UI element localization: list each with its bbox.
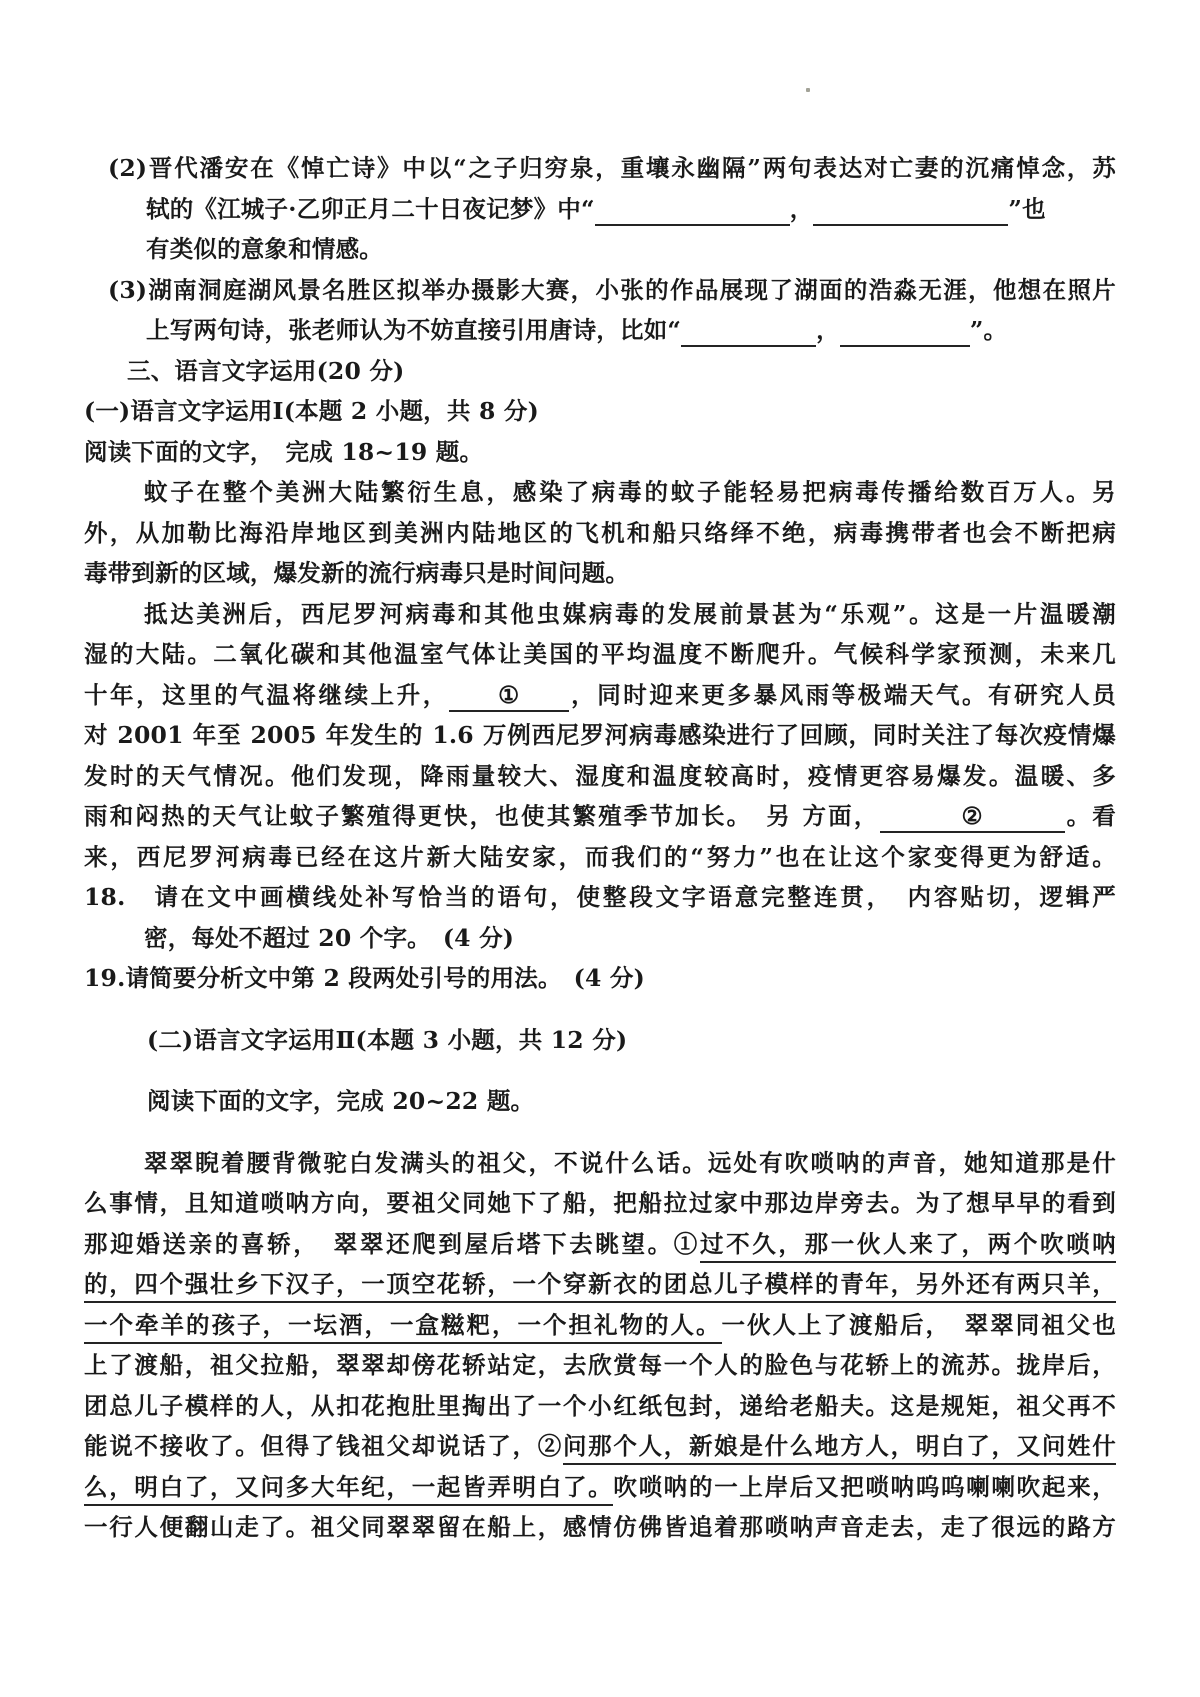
text-run: 轼的《江城子·乙卯正月二十日夜记梦》中“ [146,195,595,223]
answer-blank [813,194,1008,226]
text-run: 团总儿子模样的人，从扣花抱肚里掏出了一个小红纸包封，递给老船夫。这是规矩，祖父再… [84,1392,1116,1420]
part-one-language-use: (一)语言文字运用Ⅰ(本题 2 小题，共 8 分)阅读下面的文字， 完成 18~… [84,391,1116,472]
text-run: 翠翠睨着腰背微驼白发满头的祖父，不说什么话。远处有吹唢呐的声音，她知道那是什 [144,1149,1116,1177]
text-run: ，同时迎来更多暴风雨等极端天气。有研究人员 [569,681,1116,709]
text-run: ”。 [970,316,1007,344]
para2-line3: 十年，这里的气温将继续上升，①，同时迎来更多暴风雨等极端天气。有研究人员 [84,675,1116,716]
text-run: ， [790,195,814,223]
text-run: 蚊子在整个美洲大陆繁衍生息，感染了病毒的蚊子能轻易把病毒传播给数百万人。另 [144,478,1116,506]
item2-line2: 轼的《江城子·乙卯正月二十日夜记梦》中“ ， ”也 [146,189,1116,230]
exam-page: (2)晋代潘安在《悼亡诗》中以“之子归穷泉，重壤永幽隔”两句表达对亡妻的沉痛悼念… [0,0,1200,1697]
question-19: 19.请简要分析文中第 2 段两处引号的用法。 (4 分) [84,958,1116,999]
item3-line1: (3)湖南洞庭湖风景名胜区拟举办摄影大赛，小张的作品展现了湖面的浩淼无涯，他想在… [108,270,1116,311]
underlined-sentence: 一个牵羊的孩子，一坛酒，一盒糍粑，一个担礼物的人。 [84,1311,722,1344]
mingju-moxie-items: (2)晋代潘安在《悼亡诗》中以“之子归穷泉，重壤永幽隔”两句表达对亡妻的沉痛悼念… [84,148,1116,351]
para3-line10: 一行人便翻山走了。祖父同翠翠留在船上，感情仿佛皆追着那唢呐声音走去，走了很远的路… [84,1507,1116,1548]
text-run: 能说不接收了。但得了钱祖父却说话了，② [84,1432,563,1460]
para3-line2: 么事情，且知道唢呐方向，要祖父同她下了船，把船拉过家中那边岸旁去。为了想早早的看… [84,1183,1116,1224]
underlined-sentence: 过不久，那一伙人来了，两个吹唢呐 [700,1230,1116,1263]
text-run: 19.请简要分析文中第 2 段两处引号的用法。 (4 分) [84,964,645,992]
heading-sanyu: 三、语言文字运用(20 分) [127,351,1116,392]
text-run: 吹唢呐的一上岸后又把唢呐呜呜喇喇吹起来， [613,1473,1116,1501]
text-run: ， [816,316,840,344]
para2-line5: 发时的天气情况。他们发现，降雨量较大、湿度和温度较高时，疫情更容易爆发。温暖、多 [84,756,1116,797]
text-run: 阅读下面的文字，完成 20~22 题。 [147,1087,534,1115]
text-run: 那迎婚送亲的喜轿， 翠翠还爬到屋后塔下去眺望。① [84,1230,700,1258]
para3-line8: 能说不接收了。但得了钱祖父却说话了，②问那个人，新娘是什么地方人，明白了，又问姓… [84,1426,1116,1467]
part1-heading: (一)语言文字运用Ⅰ(本题 2 小题，共 8 分) [84,391,1116,432]
para2-line4: 对 2001 年至 2005 年发生的 1.6 万例西尼罗河病毒感染进行了回顾，… [84,715,1116,756]
text-run: ”也 [1008,195,1045,223]
q19-line1: 19.请简要分析文中第 2 段两处引号的用法。 (4 分) [84,958,1116,999]
para3-line9: 么，明白了，又问多大年纪，一起皆弄明白了。吹唢呐的一上岸后又把唢呐呜呜喇喇吹起来… [84,1467,1116,1508]
part-two-language-use: (二)语言文字运用Ⅱ(本题 3 小题，共 12 分)阅读下面的文字，完成 20~… [84,1020,1116,1122]
text-run: (2)晋代潘安在《悼亡诗》中以“之子归穷泉，重壤永幽隔”两句表达对亡妻的沉痛悼念… [108,154,1116,182]
text-run: 。看 [1065,802,1116,830]
text-run: 密，每处不超过 20 个字。 (4 分) [144,924,514,952]
scan-artifact-dot [806,88,810,92]
part2-heading: (二)语言文字运用Ⅱ(本题 3 小题，共 12 分) [147,1020,1116,1061]
underlined-sentence: 的，四个强壮乡下汉子，一顶空花轿，一个穿新衣的团总儿子模样的青年，另外还有两只羊… [84,1270,1116,1303]
text-run: (一)语言文字运用Ⅰ(本题 2 小题，共 8 分) [84,397,539,425]
text-run: 湿的大陆。二氧化碳和其他温室气体让美国的平均温度不断爬升。气候科学家预测，未来几 [84,640,1116,668]
answer-blank [595,194,790,226]
para3-line1: 翠翠睨着腰背微驼白发满头的祖父，不说什么话。远处有吹唢呐的声音，她知道那是什 [144,1143,1116,1184]
para2-line6: 雨和闷热的天气让蚊子繁殖得更快，也使其繁殖季节加长。 另 方面，②。看 [84,796,1116,837]
biancheng-passage: 翠翠睨着腰背微驼白发满头的祖父，不说什么话。远处有吹唢呐的声音，她知道那是什么事… [84,1143,1116,1548]
text-run: 十年，这里的气温将继续上升， [84,681,449,709]
para2-line1: 抵达美洲后，西尼罗河病毒和其他虫媒病毒的发展前景甚为“乐观”。这是一片温暖潮 [144,594,1116,635]
section-three-heading: 三、语言文字运用(20 分) [84,351,1116,392]
item2-line1: (2)晋代潘安在《悼亡诗》中以“之子归穷泉，重壤永幽隔”两句表达对亡妻的沉痛悼念… [108,148,1116,189]
item2-line3: 有类似的意象和情感。 [146,229,1116,270]
q18-line1: 18. 请在文中画横线处补写恰当的语句，使整段文字语意完整连贯， 内容贴切，逻辑… [84,877,1116,918]
para1-line2: 外，从加勒比海沿岸地区到美洲内陆地区的飞机和船只络绎不绝，病毒携带者也会不断把病 [84,513,1116,554]
text-run: 对 2001 年至 2005 年发生的 1.6 万例西尼罗河病毒感染进行了回顾，… [84,721,1116,749]
question-18: 18. 请在文中画横线处补写恰当的语句，使整段文字语意完整连贯， 内容贴切，逻辑… [84,877,1116,958]
text-run: 外，从加勒比海沿岸地区到美洲内陆地区的飞机和船只络绎不绝，病毒携带者也会不断把病 [84,519,1116,547]
underlined-sentence: 问那个人，新娘是什么地方人，明白了，又问姓什 [563,1432,1116,1465]
document-lines: (2)晋代潘安在《悼亡诗》中以“之子归穷泉，重壤永幽隔”两句表达对亡妻的沉痛悼念… [84,148,1116,1548]
answer-blank [840,315,970,347]
para3-line6: 上了渡船，祖父拉船，翠翠却傍花轿站定，去欣赏每一个人的脸色与花轿上的流苏。拢岸后… [84,1345,1116,1386]
para3-line3: 那迎婚送亲的喜轿， 翠翠还爬到屋后塔下去眺望。①过不久，那一伙人来了，两个吹唢呐 [84,1224,1116,1265]
text-run: 阅读下面的文字， 完成 18~19 题。 [84,438,483,466]
para3-line7: 团总儿子模样的人，从扣花抱肚里掏出了一个小红纸包封，递给老船夫。这是规矩，祖父再… [84,1386,1116,1427]
para3-line4: 的，四个强壮乡下汉子，一顶空花轿，一个穿新衣的团总儿子模样的青年，另外还有两只羊… [84,1264,1116,1305]
part1-intro: 阅读下面的文字， 完成 18~19 题。 [84,432,1116,473]
para2-line7: 来，西尼罗河病毒已经在这片新大陆安家，而我们的“努力”也在让这个家变得更为舒适。 [84,837,1116,878]
part2-intro: 阅读下面的文字，完成 20~22 题。 [147,1081,1116,1122]
text-run: 毒带到新的区域，爆发新的流行病毒只是时间问题。 [84,559,629,587]
text-run: (3)湖南洞庭湖风景名胜区拟举办摄影大赛，小张的作品展现了湖面的浩淼无涯，他想在… [108,276,1116,304]
mosquito-passage: 蚊子在整个美洲大陆繁衍生息，感染了病毒的蚊子能轻易把病毒传播给数百万人。另外，从… [84,472,1116,877]
text-run: 抵达美洲后，西尼罗河病毒和其他虫媒病毒的发展前景甚为“乐观”。这是一片温暖潮 [144,600,1116,628]
answer-blank [681,315,816,347]
text-run: 来，西尼罗河病毒已经在这片新大陆安家，而我们的“努力”也在让这个家变得更为舒适。 [84,843,1116,871]
text-run: 三、语言文字运用(20 分) [127,357,404,385]
answer-blank-①: ① [449,680,569,712]
underlined-sentence: 么，明白了，又问多大年纪，一起皆弄明白了。 [84,1473,613,1506]
text-run: 一行人便翻山走了。祖父同翠翠留在船上，感情仿佛皆追着那唢呐声音走去，走了很远的路… [84,1513,1116,1541]
text-run: 上写两句诗，张老师认为不妨直接引用唐诗，比如“ [146,316,681,344]
text-run: 雨和闷热的天气让蚊子繁殖得更快，也使其繁殖季节加长。 另 方面， [84,802,880,830]
para1-line3: 毒带到新的区域，爆发新的流行病毒只是时间问题。 [84,553,1116,594]
text-run: 一伙人上了渡船后， 翠翠同祖父也 [722,1311,1116,1339]
answer-blank-②: ② [880,801,1065,833]
item3-line2: 上写两句诗，张老师认为不妨直接引用唐诗，比如“ ， ”。 [146,310,1116,351]
text-run: 有类似的意象和情感。 [146,235,383,263]
text-run: 发时的天气情况。他们发现，降雨量较大、湿度和温度较高时，疫情更容易爆发。温暖、多 [84,762,1116,790]
para3-line5: 一个牵羊的孩子，一坛酒，一盒糍粑，一个担礼物的人。一伙人上了渡船后， 翠翠同祖父… [84,1305,1116,1346]
text-run: 么事情，且知道唢呐方向，要祖父同她下了船，把船拉过家中那边岸旁去。为了想早早的看… [84,1189,1116,1217]
q18-line2: 密，每处不超过 20 个字。 (4 分) [144,918,1116,959]
para2-line2: 湿的大陆。二氧化碳和其他温室气体让美国的平均温度不断爬升。气候科学家预测，未来几 [84,634,1116,675]
text-run: (二)语言文字运用Ⅱ(本题 3 小题，共 12 分) [147,1026,627,1054]
text-run: 上了渡船，祖父拉船，翠翠却傍花轿站定，去欣赏每一个人的脸色与花轿上的流苏。拢岸后… [84,1351,1116,1379]
text-run: 18. 请在文中画横线处补写恰当的语句，使整段文字语意完整连贯， 内容贴切，逻辑… [84,883,1116,911]
para1-line1: 蚊子在整个美洲大陆繁衍生息，感染了病毒的蚊子能轻易把病毒传播给数百万人。另 [144,472,1116,513]
